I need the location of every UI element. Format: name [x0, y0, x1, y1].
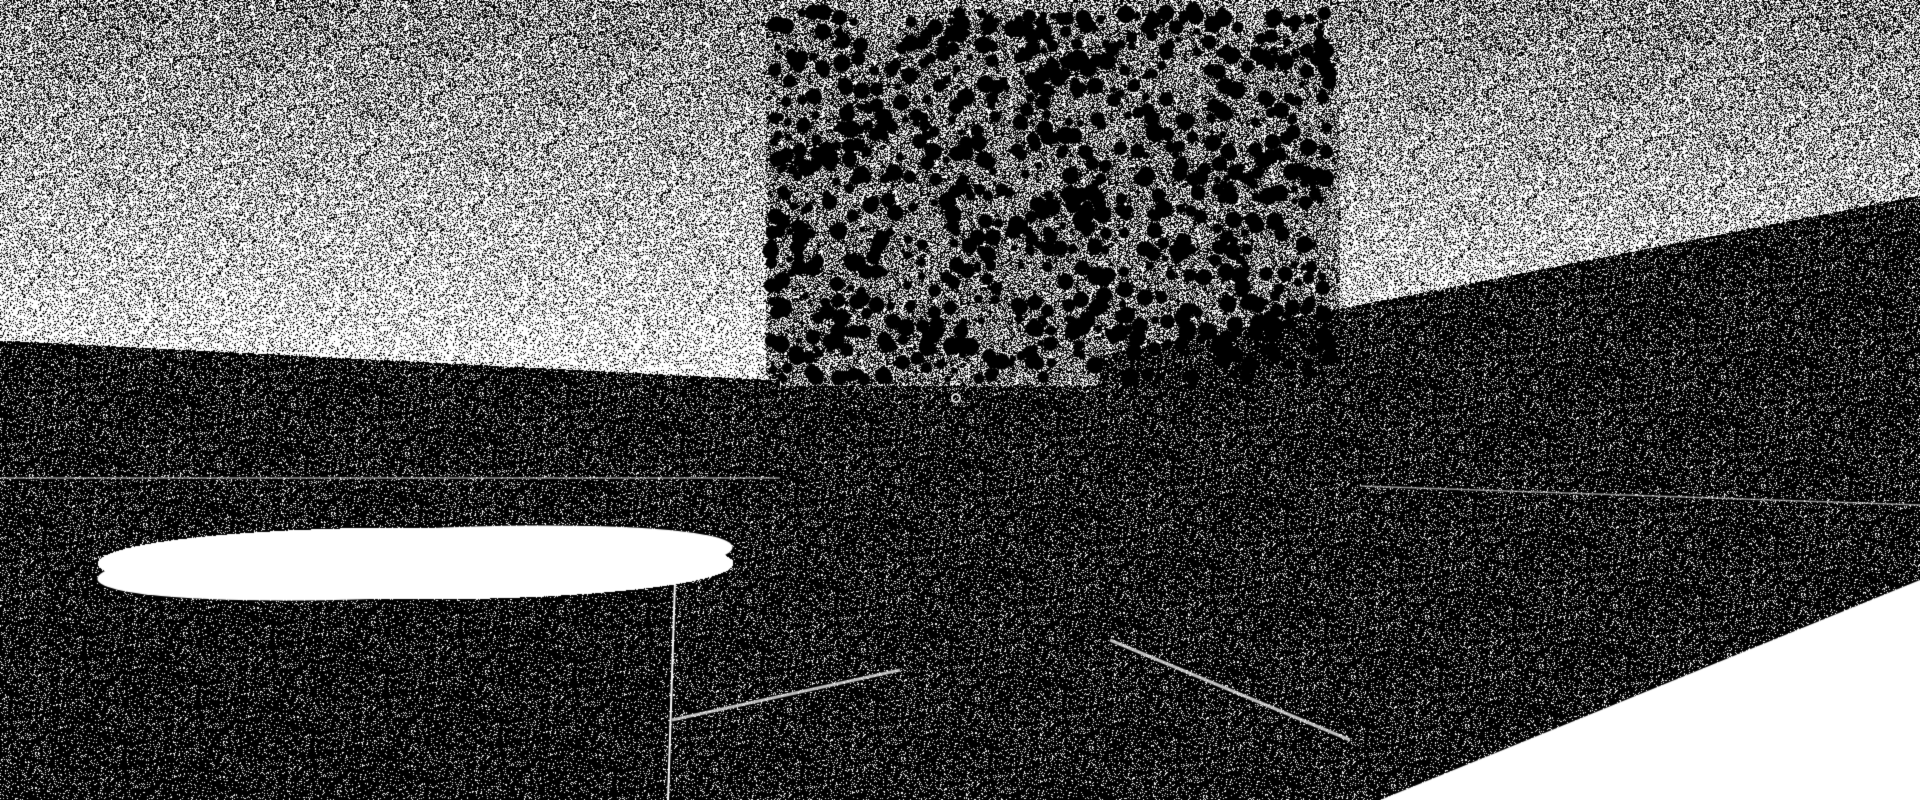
- game-scene-canvas[interactable]: [0, 0, 1920, 800]
- game-viewport[interactable]: [0, 0, 1920, 800]
